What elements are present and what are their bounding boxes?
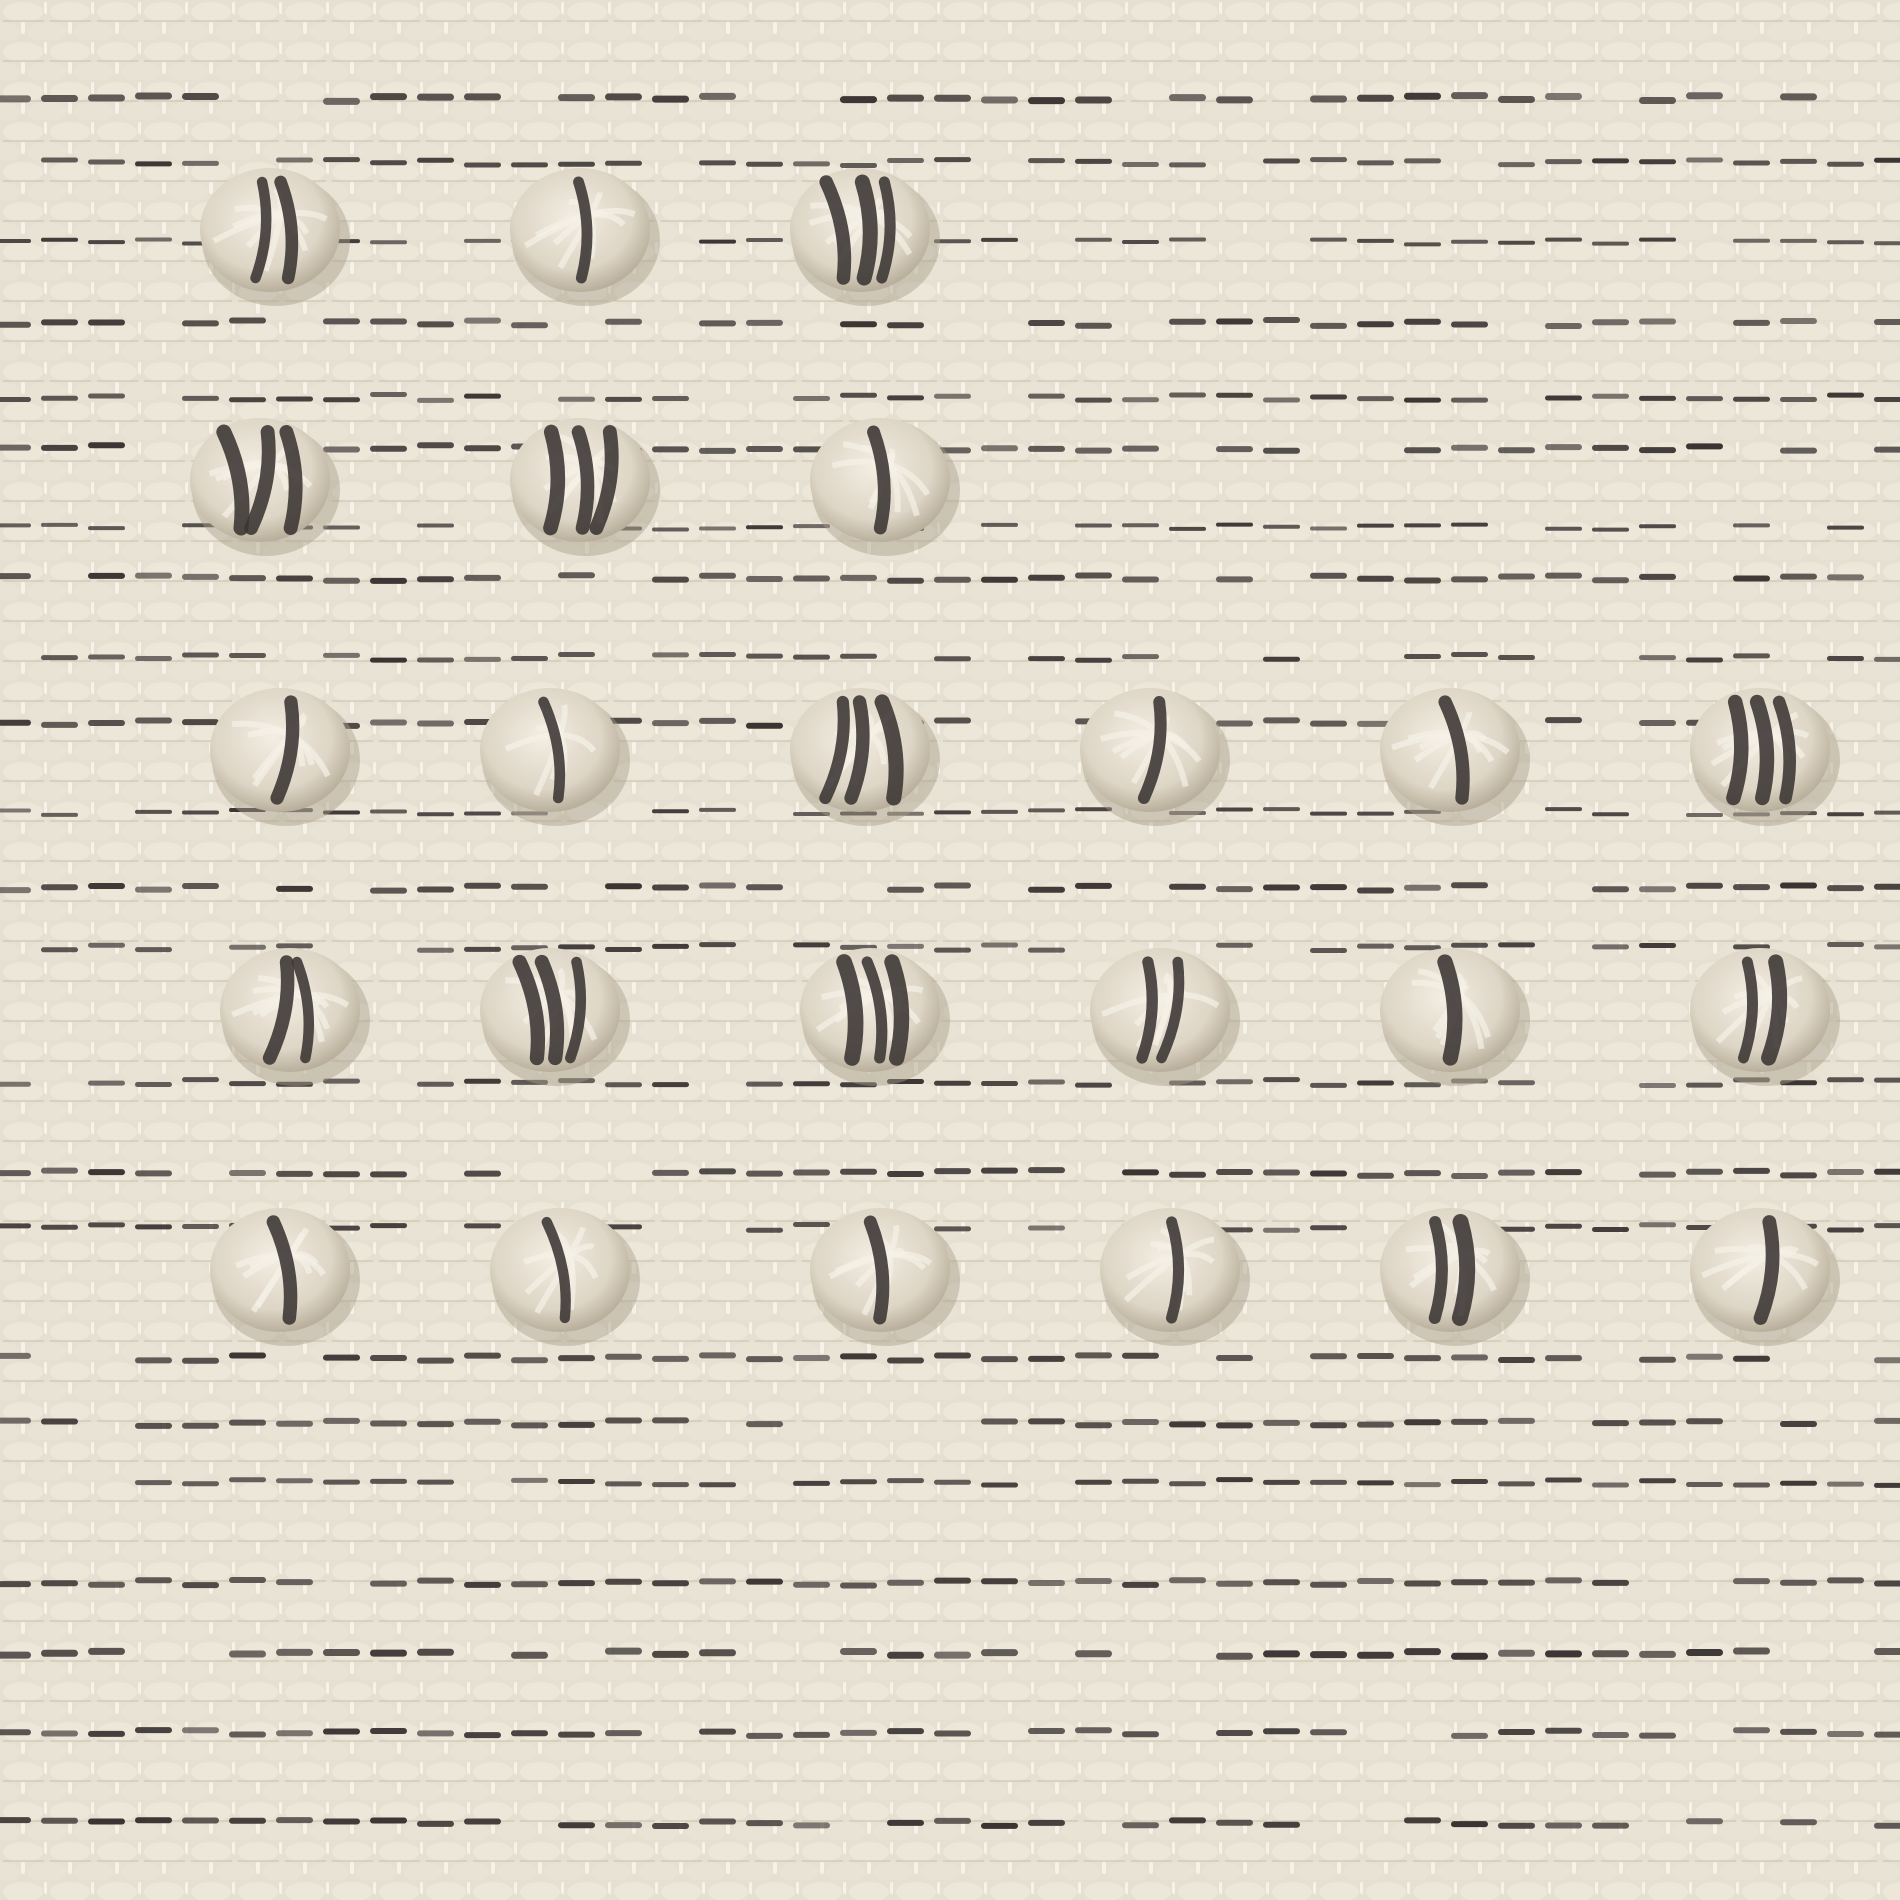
textile-photo	[0, 0, 1900, 1900]
woven-textile-image	[0, 0, 1900, 1900]
